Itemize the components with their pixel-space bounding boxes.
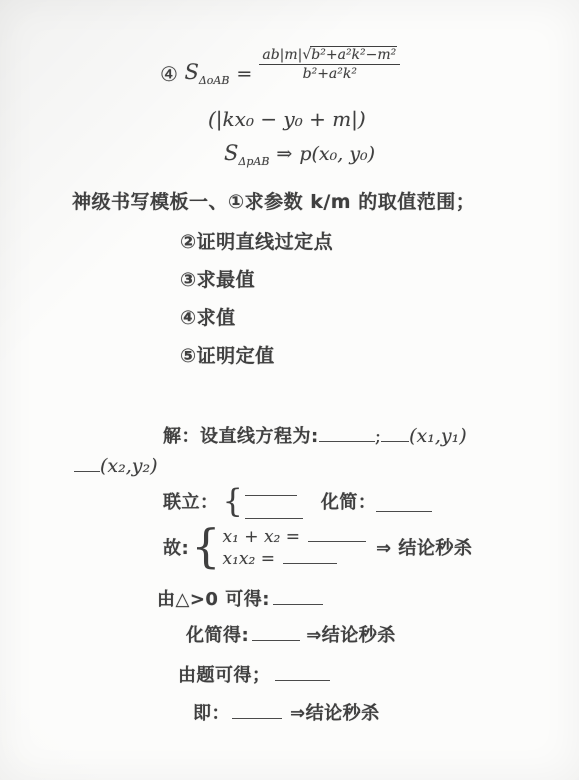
blank-system-top bbox=[245, 483, 297, 496]
area-symbol-letter: S bbox=[184, 60, 198, 84]
conclusion-arrow-1: ⇒ 结论秒杀 bbox=[376, 534, 472, 560]
area-symbol-subscript: ΔoAB bbox=[199, 74, 230, 87]
solution-line-vieta: 故: { x₁ + x₂ = x₁x₂ = ⇒ 结论秒杀 bbox=[163, 526, 472, 568]
template-step-3: ③求最值 bbox=[180, 265, 255, 292]
template-step-2: ②证明直线过定点 bbox=[180, 227, 333, 254]
solve-label: 解： bbox=[163, 422, 200, 448]
hence-label: 故: bbox=[163, 534, 189, 560]
namely-label: 即： bbox=[193, 699, 230, 725]
s-pab-letter: S bbox=[224, 141, 238, 165]
blank-product bbox=[283, 551, 337, 564]
step-text: ⑤证明定值 bbox=[180, 341, 275, 368]
left-brace-small: { bbox=[223, 487, 243, 516]
blank-system-bottom bbox=[245, 506, 303, 519]
s-pab-subscript: ΔpAB bbox=[238, 155, 269, 168]
solution-line-combine: 联立： { 化简： bbox=[163, 486, 432, 516]
sum-expression: x₁ + x₂ = bbox=[222, 527, 300, 547]
fraction-denominator: b²+a²k² bbox=[303, 65, 357, 82]
step-text: ④求值 bbox=[180, 303, 236, 330]
blank-point2 bbox=[74, 458, 100, 472]
blank-discriminant bbox=[273, 591, 323, 605]
formula-area-oab: ④ SΔoAB = ab|m|√b²+a²k²−m² b²+a²k² bbox=[160, 56, 400, 91]
solution-line-setup: 解： 设直线方程为: ; (x₁,y₁) bbox=[163, 422, 467, 448]
distance-expression: (|kx₀ − y₀ + m|) bbox=[208, 107, 366, 131]
formula-distance: (|kx₀ − y₀ + m|) bbox=[208, 107, 366, 131]
implies-arrow: ⇒ bbox=[276, 143, 292, 165]
template-title: 神级书写模板一、①求参数 k/m 的取值范围； bbox=[72, 187, 475, 214]
product-equation-row: x₁x₂ = bbox=[222, 549, 366, 568]
blank-line-equation bbox=[319, 428, 375, 442]
discriminant-label: 由△>0 可得: bbox=[157, 585, 270, 611]
solution-line-from-problem: 由题可得； bbox=[178, 661, 330, 687]
template-title-text: 神级书写模板一、①求参数 k/m 的取值范围； bbox=[72, 187, 475, 214]
set-line-label: 设直线方程为: bbox=[200, 422, 319, 448]
sum-equation-row: x₁ + x₂ = bbox=[222, 527, 366, 546]
equals-sign: = bbox=[236, 63, 252, 85]
fraction-numerator: ab|m|√b²+a²k²−m² bbox=[259, 47, 400, 65]
item-number-circled: ④ bbox=[160, 62, 178, 86]
numerator-radicand: b²+a²k²−m² bbox=[310, 46, 397, 63]
numerator-prefix: ab|m|√ bbox=[262, 47, 311, 63]
template-step-4: ④求值 bbox=[180, 303, 236, 330]
simplify-label: 化简： bbox=[321, 488, 377, 514]
step-text: ③求最值 bbox=[180, 265, 255, 292]
point2-expression: (x₂,y₂) bbox=[100, 455, 158, 477]
formula-spab: SΔpAB ⇒ p(x₀, y₀) bbox=[224, 141, 375, 168]
point1-expression: (x₁,y₁) bbox=[409, 425, 467, 447]
from-problem-label: 由题可得； bbox=[178, 661, 271, 687]
blank-namely bbox=[232, 705, 282, 719]
vieta-equations: x₁ + x₂ = x₁x₂ = bbox=[222, 527, 366, 568]
conclusion-arrow-2: ⇒结论秒杀 bbox=[306, 621, 396, 647]
blank-sum bbox=[308, 529, 366, 542]
simplify-get-label: 化简得: bbox=[186, 621, 249, 647]
solution-line-simplify-get: 化简得: ⇒结论秒杀 bbox=[186, 621, 396, 647]
s-pab-symbol: SΔpAB bbox=[224, 141, 269, 168]
blank-from-problem bbox=[275, 667, 330, 681]
template-step-5: ⑤证明定值 bbox=[180, 341, 275, 368]
document-page: ④ SΔoAB = ab|m|√b²+a²k²−m² b²+a²k² (|kx₀… bbox=[0, 0, 579, 780]
point-expression: p(x₀, y₀) bbox=[299, 143, 375, 165]
solution-line-namely: 即： ⇒结论秒杀 bbox=[193, 699, 380, 725]
combine-blanks bbox=[245, 483, 303, 519]
blank-point1 bbox=[381, 428, 409, 442]
solution-line-discriminant: 由△>0 可得: bbox=[157, 585, 323, 611]
solution-line-point2: (x₂,y₂) bbox=[74, 455, 158, 477]
blank-simplify-get bbox=[252, 627, 300, 641]
left-brace-large: { bbox=[191, 526, 220, 567]
step-text: ②证明直线过定点 bbox=[180, 227, 333, 254]
area-symbol: SΔoAB bbox=[184, 60, 229, 87]
blank-simplify bbox=[376, 498, 432, 512]
product-expression: x₁x₂ = bbox=[222, 549, 274, 569]
fraction: ab|m|√b²+a²k²−m² b²+a²k² bbox=[259, 47, 400, 82]
combine-label: 联立： bbox=[163, 488, 219, 514]
conclusion-arrow-3: ⇒结论秒杀 bbox=[290, 699, 380, 725]
